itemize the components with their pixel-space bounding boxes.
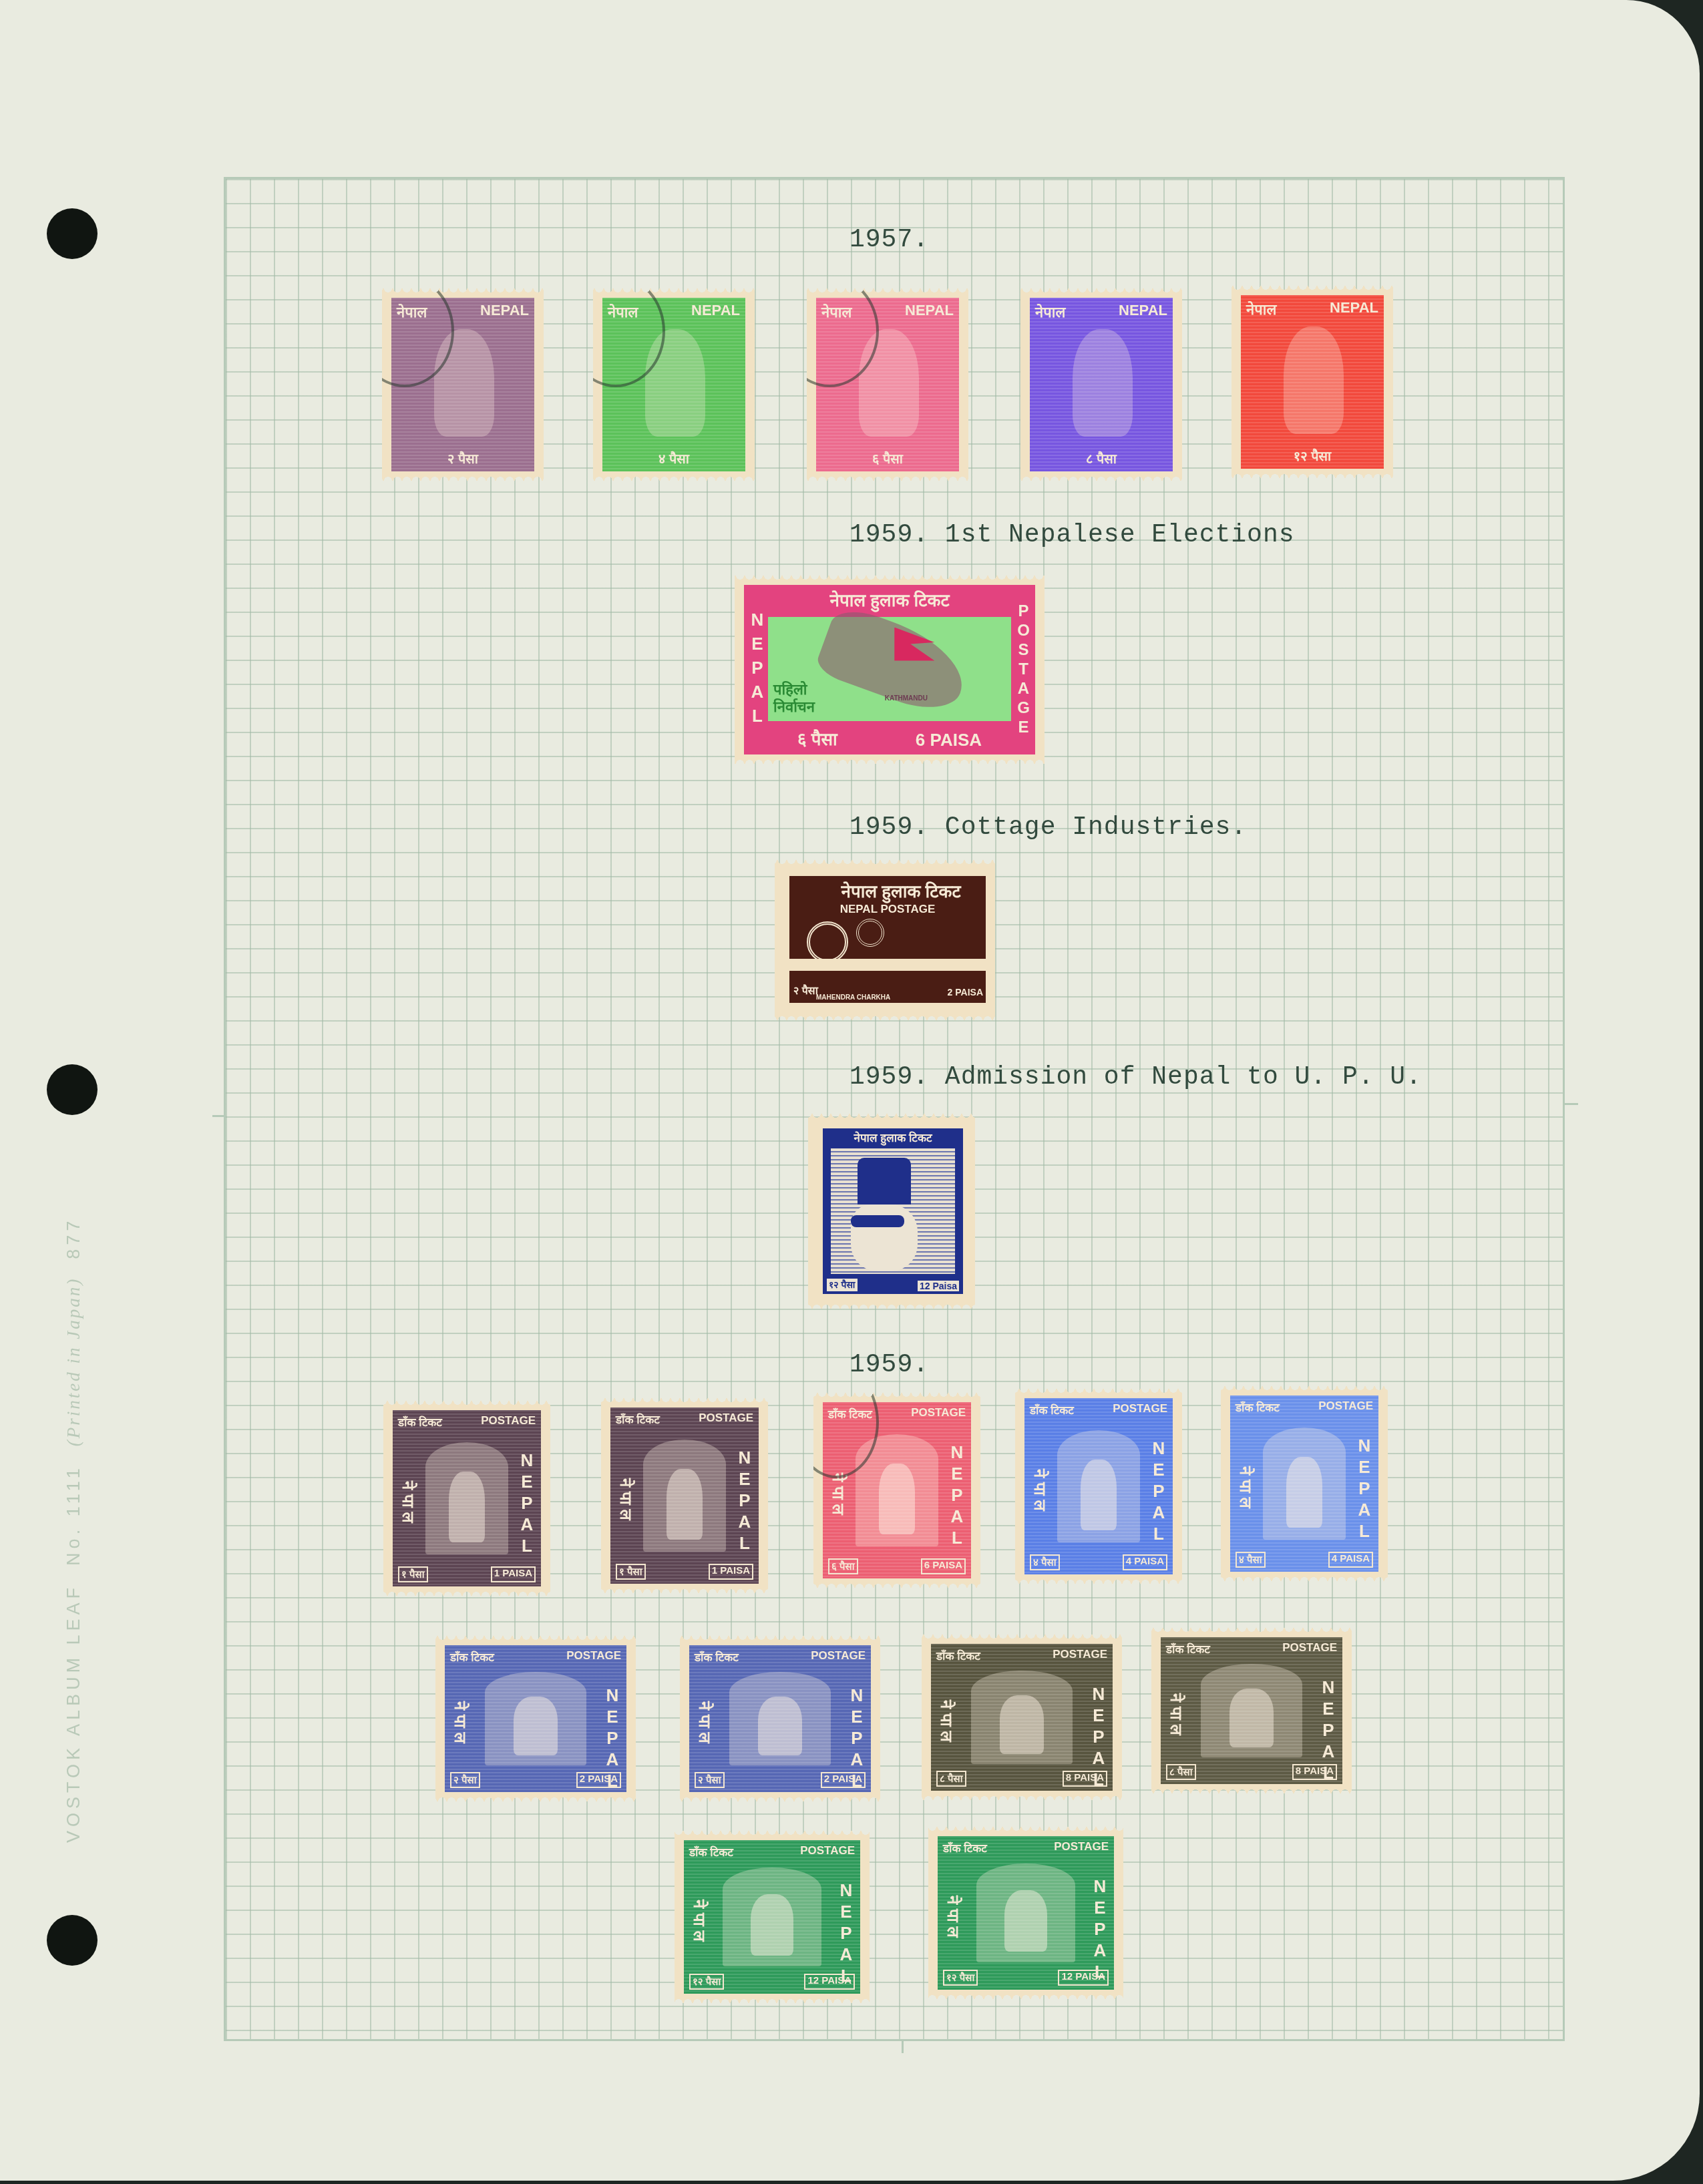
stamp-design: डाँक टिकटPOSTAGENEPALने पा ल१२ पैसा12 PA… bbox=[684, 1840, 860, 1994]
stamp-design: नेपालNEPAL८ पैसा bbox=[1030, 298, 1173, 471]
side-devanagari: ने पा ल bbox=[1028, 1445, 1051, 1534]
stamp-value: ४ पैसा bbox=[608, 449, 740, 467]
top-left-inscription: डाँक टिकट bbox=[450, 1649, 494, 1665]
stamp-design: पहिलो निर्वाचनKATHMANDUनेपाल हुलाक टिकटN… bbox=[744, 585, 1035, 754]
value-devanagari: १२ पैसा bbox=[1294, 447, 1331, 465]
top-right-inscription: POSTAGE bbox=[811, 1649, 866, 1665]
value-latin: 12 PAISA bbox=[804, 1974, 855, 1990]
top-left-inscription: डाँक टिकट bbox=[1166, 1641, 1210, 1657]
stamp-value: १ पैसा1 PAISA bbox=[398, 1566, 536, 1582]
stamp-value: १२ पैसा12 PAISA bbox=[689, 1974, 855, 1990]
top-left-inscription: डाँक टिकट bbox=[943, 1840, 987, 1855]
side-latin: NEPAL bbox=[734, 1448, 755, 1550]
caption: पहिलो निर्वाचन bbox=[773, 681, 847, 716]
spinning-wheel-icon bbox=[856, 919, 884, 947]
top-right-inscription: POSTAGE bbox=[1053, 1648, 1107, 1663]
stamp-value: ८ पैसा bbox=[1035, 449, 1167, 467]
side-devanagari: ने पा ल bbox=[688, 1887, 710, 1954]
top-left-inscription: डाँक टिकट bbox=[936, 1648, 980, 1663]
value-latin: 4 PAISA bbox=[1328, 1552, 1373, 1568]
sunglasses bbox=[851, 1215, 904, 1227]
top-left-inscription: डाँक टिकट bbox=[1030, 1402, 1074, 1417]
rhinoceros-icon bbox=[1004, 1890, 1047, 1952]
value-latin: 6 PAISA bbox=[916, 730, 982, 750]
vishnu-icon bbox=[758, 1697, 801, 1755]
stamp-top-inscription: डाँक टिकटPOSTAGE bbox=[1236, 1399, 1373, 1415]
value-devanagari: ४ पैसा bbox=[658, 449, 689, 467]
value-devanagari: ६ पैसा bbox=[797, 726, 837, 750]
value-devanagari: ८ पैसा bbox=[1086, 449, 1117, 467]
crown-icon bbox=[1073, 329, 1133, 437]
deity-icon bbox=[449, 1472, 484, 1542]
stamp-value: ६ पैसा bbox=[821, 449, 954, 467]
value-devanagari: २ पैसा bbox=[447, 449, 478, 467]
value-latin: 12 Paisa bbox=[918, 1281, 959, 1291]
stamp-value: २ पैसा2 PAISA bbox=[695, 1772, 866, 1788]
binder-hole bbox=[47, 208, 98, 259]
stamp-definitive-1959[interactable]: डाँक टिकटPOSTAGENEPALने पा ल२ पैसा2 PAIS… bbox=[435, 1636, 636, 1801]
stamp-design: डाँक टिकटPOSTAGENEPALने पा ल४ पैसा4 PAIS… bbox=[1230, 1395, 1378, 1572]
stamp-design: डाँक टिकटPOSTAGENEPALने पा ल८ पैसा8 PAIS… bbox=[931, 1644, 1113, 1791]
side-latin: NEPAL bbox=[1148, 1438, 1169, 1541]
stamp-crown-1957[interactable]: नेपालNEPAL२ पैसा bbox=[382, 288, 544, 481]
mountain-icon bbox=[1286, 1457, 1322, 1528]
portrait-cap bbox=[858, 1158, 911, 1205]
stamp-design: डाँक टिकटPOSTAGENEPALने पा ल१२ पैसा12 PA… bbox=[938, 1836, 1114, 1990]
portrait-panel bbox=[831, 1148, 955, 1274]
stamp-value: ६ पैसा6 PAISA bbox=[828, 1558, 966, 1574]
value-latin: 1 PAISA bbox=[491, 1566, 536, 1582]
stamp-design: डाँक टिकटPOSTAGENEPALने पा ल२ पैसा2 PAIS… bbox=[445, 1645, 626, 1792]
side-latin: NEPAL bbox=[1354, 1436, 1374, 1538]
section-heading-elections: 1959. 1st Nepalese Elections bbox=[849, 521, 1295, 550]
side-devanagari: ने पा ल bbox=[693, 1692, 715, 1752]
side-devanagari: ने पा ल bbox=[1165, 1684, 1187, 1744]
stamp-definitive-1959[interactable]: डाँक टिकटPOSTAGENEPALने पा ल६ पैसा6 PAIS… bbox=[813, 1393, 980, 1588]
stamp-design: डाँक टिकटPOSTAGENEPALने पा ल२ पैसा2 PAIS… bbox=[689, 1645, 871, 1792]
stamp-definitive-1959[interactable]: डाँक टिकटPOSTAGENEPALने पा ल४ पैसा4 PAIS… bbox=[1221, 1386, 1388, 1581]
top-right-inscription: POSTAGE bbox=[699, 1411, 753, 1427]
country-latin: NEPAL bbox=[1119, 302, 1167, 322]
center-mark bbox=[1565, 1103, 1578, 1105]
stamp-top-inscription: डाँक टिकटPOSTAGE bbox=[689, 1844, 855, 1860]
stamp-upu-1959[interactable]: नेपाल हुलाक टिकट१२ पैसा12 Paisa bbox=[808, 1114, 975, 1309]
section-heading-upu: 1959. Admission of Nepal to U. P. U. bbox=[849, 1063, 1422, 1092]
stamp-value: ८ पैसा8 PAISA bbox=[936, 1771, 1107, 1787]
value-latin: 12 PAISA bbox=[1058, 1970, 1109, 1986]
binder-hole bbox=[47, 1064, 98, 1115]
value-latin: 2 PAISA bbox=[576, 1772, 621, 1788]
stamp-design: डाँक टिकटPOSTAGENEPALने पा ल८ पैसा8 PAIS… bbox=[1161, 1637, 1342, 1784]
caption: MAHENDRA CHARKHA bbox=[816, 994, 890, 1002]
leaf-imprint: VOSTOK ALBUM LEAF No. 1111 (Printed in J… bbox=[63, 1217, 84, 1843]
side-latin: NEPAL bbox=[846, 1685, 867, 1759]
side-latin: NEPAL bbox=[1089, 1876, 1110, 1956]
side-latin: NEPAL bbox=[946, 1442, 967, 1545]
stamp-cottage-industries-1959[interactable]: नेपाल हुलाक टिकटNEPAL POSTAGE२ पैसाMAHEN… bbox=[775, 860, 995, 1020]
stamp-design: डाँक टिकटPOSTAGENEPALने पा ल१ पैसा1 PAIS… bbox=[610, 1407, 759, 1584]
binder-hole bbox=[47, 1915, 98, 1966]
side-devanagari: ने पा ल bbox=[942, 1883, 964, 1950]
value-devanagari: १२ पैसा bbox=[827, 1279, 858, 1291]
value-devanagari: २ पैसा bbox=[450, 1772, 480, 1788]
side-latin: NEPAL bbox=[516, 1450, 537, 1553]
stamp-design: डाँक टिकटPOSTAGENEPALने पा ल४ पैसा4 PAIS… bbox=[1024, 1398, 1173, 1574]
top-left-inscription: डाँक टिकट bbox=[1236, 1399, 1280, 1415]
stamp-design: डाँक टिकटPOSTAGENEPALने पा ल१ पैसा1 PAIS… bbox=[393, 1410, 541, 1586]
country-latin: NEPAL bbox=[905, 302, 954, 322]
section-heading-1957: 1957. bbox=[849, 226, 929, 254]
temple-icon bbox=[879, 1464, 914, 1534]
side-devanagari: ने पा ल bbox=[397, 1457, 419, 1546]
stamp-value: ४ पैसा4 PAISA bbox=[1030, 1554, 1167, 1570]
spinning-wheel-icon bbox=[807, 921, 848, 963]
stamp-design: नेपाल हुलाक टिकट१२ पैसा12 Paisa bbox=[823, 1128, 963, 1294]
stamp-top-inscription: नेपालNEPAL bbox=[1035, 302, 1167, 322]
stamp-definitive-1959[interactable]: डाँक टिकटPOSTAGENEPALने पा ल१ पैसा1 PAIS… bbox=[383, 1401, 550, 1596]
stamp-definitive-1959[interactable]: डाँक टिकटPOSTAGENEPALने पा ल८ पैसा8 PAIS… bbox=[1151, 1628, 1352, 1793]
stamp-definitive-1959[interactable]: डाँक टिकटPOSTAGENEPALने पा ल१ पैसा1 PAIS… bbox=[601, 1398, 768, 1593]
value-devanagari: ४ पैसा bbox=[1030, 1554, 1060, 1570]
country-latin: NEPAL bbox=[480, 302, 529, 322]
crown-icon bbox=[1284, 326, 1344, 434]
value-devanagari: ६ पैसा bbox=[828, 1558, 858, 1574]
stamp-top-inscription: डाँक टिकटPOSTAGE bbox=[616, 1411, 753, 1427]
deity-icon bbox=[667, 1469, 702, 1540]
vishnu-icon bbox=[514, 1697, 557, 1755]
section-heading-1959: 1959. bbox=[849, 1351, 929, 1379]
stamp-top-inscription: नेपालNEPAL bbox=[1246, 299, 1378, 319]
stamp-value: २ पैसा bbox=[397, 449, 529, 467]
map-panel: पहिलो निर्वाचनKATHMANDU bbox=[768, 617, 1011, 721]
country-devanagari: नेपाल bbox=[1246, 299, 1276, 319]
stamp-top-inscription: डाँक टिकटPOSTAGE bbox=[1166, 1641, 1337, 1657]
top-left-inscription: डाँक टिकट bbox=[398, 1414, 442, 1430]
value-devanagari: १२ पैसा bbox=[943, 1970, 978, 1986]
side-devanagari: ने पा ल bbox=[1234, 1442, 1256, 1532]
stamp-value: २ पैसा2 PAISA bbox=[450, 1772, 621, 1788]
country-latin: NEPAL bbox=[1330, 299, 1378, 319]
rhinoceros-icon bbox=[751, 1894, 793, 1956]
value-devanagari: १२ पैसा bbox=[689, 1974, 724, 1990]
mountain-icon bbox=[1081, 1460, 1116, 1530]
deer-icon bbox=[1000, 1695, 1043, 1754]
top-right-inscription: POSTAGE bbox=[566, 1649, 621, 1665]
side-devanagari: ने पा ल bbox=[614, 1454, 636, 1544]
stamp-top-inscription: डाँक टिकटPOSTAGE bbox=[1030, 1402, 1167, 1417]
deer-icon bbox=[1229, 1689, 1273, 1747]
stamp-value: ८ पैसा8 PAISA bbox=[1166, 1764, 1337, 1780]
top-left-inscription: डाँक टिकट bbox=[616, 1411, 660, 1427]
stamp-top-inscription: डाँक टिकटPOSTAGE bbox=[398, 1414, 536, 1430]
value-latin: 8 PAISA bbox=[1063, 1771, 1107, 1787]
top-inscription: नेपाल हुलाक टिकट bbox=[744, 588, 1035, 612]
value-devanagari: ८ पैसा bbox=[936, 1771, 966, 1787]
top-right-inscription: POSTAGE bbox=[1318, 1399, 1373, 1415]
section-heading-cottage: 1959. Cottage Industries. bbox=[849, 813, 1247, 842]
stamp-top-inscription: डाँक टिकटPOSTAGE bbox=[695, 1649, 866, 1665]
stamp-definitive-1959[interactable]: डाँक टिकटPOSTAGENEPALने पा ल१२ पैसा12 PA… bbox=[675, 1831, 870, 2003]
top-right-inscription: POSTAGE bbox=[1113, 1402, 1167, 1417]
stamp-value: ४ पैसा4 PAISA bbox=[1236, 1552, 1373, 1568]
place-label: KATHMANDU bbox=[885, 695, 928, 702]
stamp-value: १२ पैसा12 PAISA bbox=[943, 1970, 1109, 1986]
album-leaf: VOSTOK ALBUM LEAF No. 1111 (Printed in J… bbox=[0, 0, 1700, 2181]
side-right: POSTAGE bbox=[1014, 592, 1032, 748]
stamp-design: नेपाल हुलाक टिकटNEPAL POSTAGE२ पैसाMAHEN… bbox=[789, 876, 986, 1003]
value-devanagari: २ पैसा bbox=[793, 983, 818, 998]
stamp-crown-1957[interactable]: नेपालNEPAL८ पैसा bbox=[1020, 288, 1182, 481]
value-devanagari: १ पैसा bbox=[398, 1566, 428, 1582]
stamp-value: १ पैसा1 PAISA bbox=[616, 1564, 753, 1580]
top-inscription: नेपाल हुलाक टिकट bbox=[816, 879, 986, 903]
value-latin: 2 PAISA bbox=[948, 987, 983, 998]
value-devanagari: २ पैसा bbox=[695, 1772, 725, 1788]
value-devanagari: ८ पैसा bbox=[1166, 1764, 1196, 1780]
center-mark bbox=[212, 1115, 226, 1117]
value-devanagari: ४ पैसा bbox=[1236, 1552, 1266, 1568]
top-left-inscription: डाँक टिकट bbox=[695, 1649, 739, 1665]
value-devanagari: १ पैसा bbox=[616, 1564, 646, 1580]
value-devanagari: ६ पैसा bbox=[872, 449, 903, 467]
country-devanagari: नेपाल bbox=[1035, 302, 1065, 322]
stamp-design: नेपालNEPAL१२ पैसा bbox=[1241, 295, 1384, 469]
side-latin: NEPAL bbox=[1088, 1684, 1109, 1757]
stamp-top-inscription: डाँक टिकटPOSTAGE bbox=[450, 1649, 621, 1665]
value-latin: 8 PAISA bbox=[1292, 1764, 1337, 1780]
stamp-top-inscription: डाँक टिकटPOSTAGE bbox=[943, 1840, 1109, 1855]
top-right-inscription: POSTAGE bbox=[800, 1844, 855, 1860]
platform-band bbox=[789, 959, 986, 971]
side-devanagari: ने पा ल bbox=[449, 1692, 471, 1752]
subtitle: NEPAL POSTAGE bbox=[789, 903, 986, 916]
country-latin: NEPAL bbox=[691, 302, 740, 322]
value-latin: 4 PAISA bbox=[1123, 1554, 1167, 1570]
top-right-inscription: POSTAGE bbox=[911, 1406, 966, 1422]
side-latin: NEPAL bbox=[1318, 1677, 1338, 1751]
side-left: NEPAL bbox=[747, 592, 767, 748]
stamp-definitive-1959[interactable]: डाँक टिकटPOSTAGENEPALने पा ल२ पैसा2 PAIS… bbox=[680, 1636, 880, 1801]
stamp-definitive-1959[interactable]: डाँक टिकटPOSTAGENEPALने पा ल८ पैसा8 PAIS… bbox=[922, 1634, 1122, 1800]
portrait-face bbox=[851, 1205, 918, 1271]
stamp-definitive-1959[interactable]: डाँक टिकटPOSTAGENEPALने पा ल४ पैसा4 PAIS… bbox=[1015, 1389, 1182, 1584]
stamp-value: १२ पैसा bbox=[1246, 447, 1378, 465]
stamp-crown-1957[interactable]: नेपालNEPAL१२ पैसा bbox=[1232, 286, 1393, 478]
top-right-inscription: POSTAGE bbox=[1282, 1641, 1337, 1657]
value-latin: 6 PAISA bbox=[921, 1558, 966, 1574]
stamp-crown-1957[interactable]: नेपालNEPAL६ पैसा bbox=[807, 288, 968, 481]
top-left-inscription: डाँक टिकट bbox=[689, 1844, 733, 1860]
center-mark bbox=[902, 2041, 904, 2053]
top-right-inscription: POSTAGE bbox=[1054, 1840, 1109, 1855]
value-latin: 2 PAISA bbox=[821, 1772, 866, 1788]
stamp-crown-1957[interactable]: नेपालNEPAL४ पैसा bbox=[593, 288, 755, 481]
top-right-inscription: POSTAGE bbox=[481, 1414, 536, 1430]
stamp-top-inscription: डाँक टिकटPOSTAGE bbox=[936, 1648, 1107, 1663]
side-devanagari: ने पा ल bbox=[935, 1691, 957, 1751]
value-latin: 1 PAISA bbox=[709, 1564, 753, 1580]
side-latin: NEPAL bbox=[602, 1685, 622, 1759]
side-latin: NEPAL bbox=[835, 1880, 856, 1960]
stamp-elections-1959[interactable]: पहिलो निर्वाचनKATHMANDUनेपाल हुलाक टिकटN… bbox=[735, 576, 1045, 764]
stamp-definitive-1959[interactable]: डाँक टिकटPOSTAGENEPALने पा ल१२ पैसा12 PA… bbox=[928, 1827, 1123, 1999]
top-inscription: नेपाल हुलाक टिकट bbox=[823, 1130, 963, 1145]
